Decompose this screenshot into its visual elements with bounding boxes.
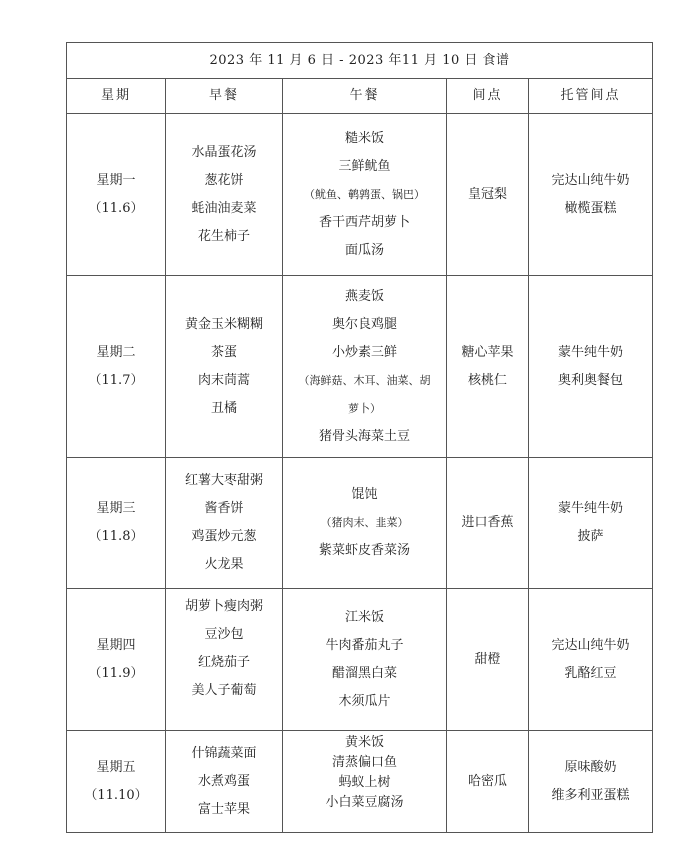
header-day: 星期 (67, 79, 166, 114)
care-snack-cell: 完达山纯牛奶 乳酪红豆 (529, 589, 653, 731)
care-snack-item: 完达山纯牛奶 (529, 632, 652, 660)
lunch-item: 牛肉番茄丸子 (283, 632, 446, 660)
care-snack-item: 奥利奥餐包 (529, 367, 652, 395)
breakfast-item: 红薯大枣甜粥 (166, 467, 282, 495)
breakfast-cell: 什锦蔬菜面 水煮鸡蛋 富士苹果 (166, 731, 283, 833)
care-snack-cell: 蒙牛纯牛奶 奥利奥餐包 (529, 276, 653, 458)
breakfast-item: 葱花饼 (166, 167, 282, 195)
care-snack-item: 橄榄蛋糕 (529, 195, 652, 223)
lunch-item-note: （鱿鱼、鹌鹑蛋、锅巴） (283, 181, 446, 209)
snack-cell: 皇冠梨 (447, 114, 529, 276)
care-snack-cell: 完达山纯牛奶 橄榄蛋糕 (529, 114, 653, 276)
day-name: 星期二 (67, 339, 165, 367)
menu-title: 2023 年 11 月 6 日 - 2023 年11 月 10 日 食谱 (67, 43, 653, 79)
day-date: （11.10） (67, 782, 165, 810)
lunch-item: 猪骨头海菜土豆 (283, 423, 446, 451)
care-snack-item: 乳酪红豆 (529, 660, 652, 688)
breakfast-cell: 黄金玉米糊糊 茶蛋 肉末茼蒿 丑橘 (166, 276, 283, 458)
lunch-item: 面瓜汤 (283, 237, 446, 265)
header-snack: 间点 (447, 79, 529, 114)
day-date: （11.9） (67, 660, 165, 688)
breakfast-item: 豆沙包 (166, 621, 282, 649)
care-snack-item: 蒙牛纯牛奶 (529, 495, 652, 523)
day-name: 星期一 (67, 167, 165, 195)
day-name: 星期三 (67, 495, 165, 523)
breakfast-item: 水煮鸡蛋 (166, 768, 282, 796)
breakfast-cell: 胡萝卜瘦肉粥 豆沙包 红烧茄子 美人子葡萄 (166, 589, 283, 731)
lunch-item-note: （猪肉末、韭菜） (283, 509, 446, 537)
breakfast-item: 肉末茼蒿 (166, 367, 282, 395)
day-cell: 星期一 （11.6） (67, 114, 166, 276)
title-row: 2023 年 11 月 6 日 - 2023 年11 月 10 日 食谱 (67, 43, 653, 79)
breakfast-item: 鸡蛋炒元葱 (166, 523, 282, 551)
breakfast-item: 什锦蔬菜面 (166, 740, 282, 768)
day-cell: 星期二 （11.7） (67, 276, 166, 458)
menu-table: 2023 年 11 月 6 日 - 2023 年11 月 10 日 食谱 星期 … (66, 42, 653, 833)
lunch-item: 奥尔良鸡腿 (283, 311, 446, 339)
day-cell: 星期三 （11.8） (67, 458, 166, 589)
snack-item: 皇冠梨 (447, 181, 528, 209)
header-breakfast: 早餐 (166, 79, 283, 114)
snack-cell: 进口香蕉 (447, 458, 529, 589)
breakfast-cell: 红薯大枣甜粥 酱香饼 鸡蛋炒元葱 火龙果 (166, 458, 283, 589)
day-date: （11.8） (67, 523, 165, 551)
breakfast-item: 富士苹果 (166, 796, 282, 824)
day-name: 星期五 (67, 754, 165, 782)
breakfast-item: 酱香饼 (166, 495, 282, 523)
day-date: （11.6） (67, 195, 165, 223)
lunch-cell: 馄饨 （猪肉末、韭菜） 紫菜虾皮香菜汤 (283, 458, 447, 589)
day-row-thursday: 星期四 （11.9） 胡萝卜瘦肉粥 豆沙包 红烧茄子 美人子葡萄 江米饭 牛肉番… (67, 589, 653, 731)
snack-item: 糖心苹果 (447, 339, 528, 367)
header-care-snack: 托管间点 (529, 79, 653, 114)
lunch-item-note: （海鲜菇、木耳、油菜、胡 (283, 367, 446, 395)
lunch-cell: 燕麦饭 奥尔良鸡腿 小炒素三鲜 （海鲜菇、木耳、油菜、胡 萝卜） 猪骨头海菜土豆 (283, 276, 447, 458)
breakfast-item: 黄金玉米糊糊 (166, 311, 282, 339)
snack-item: 甜橙 (447, 646, 528, 674)
breakfast-item: 花生柿子 (166, 223, 282, 251)
snack-cell: 哈密瓜 (447, 731, 529, 833)
lunch-item: 小炒素三鲜 (283, 339, 446, 367)
lunch-item: 江米饭 (283, 604, 446, 632)
care-snack-cell: 蒙牛纯牛奶 披萨 (529, 458, 653, 589)
lunch-item: 蚂蚁上树 (283, 773, 446, 793)
day-row-wednesday: 星期三 （11.8） 红薯大枣甜粥 酱香饼 鸡蛋炒元葱 火龙果 馄饨 （猪肉末、… (67, 458, 653, 589)
breakfast-item: 红烧茄子 (166, 649, 282, 677)
lunch-item: 香干西芹胡萝卜 (283, 209, 446, 237)
lunch-item: 清蒸偏口鱼 (283, 753, 446, 773)
care-snack-item: 蒙牛纯牛奶 (529, 339, 652, 367)
day-cell: 星期五 （11.10） (67, 731, 166, 833)
snack-item: 哈密瓜 (447, 768, 528, 796)
header-row: 星期 早餐 午餐 间点 托管间点 (67, 79, 653, 114)
lunch-item: 三鲜鱿鱼 (283, 153, 446, 181)
lunch-item: 糙米饭 (283, 125, 446, 153)
breakfast-item: 美人子葡萄 (166, 677, 282, 705)
lunch-cell: 黄米饭 清蒸偏口鱼 蚂蚁上树 小白菜豆腐汤 (283, 731, 447, 833)
day-date: （11.7） (67, 367, 165, 395)
lunch-item: 紫菜虾皮香菜汤 (283, 537, 446, 565)
lunch-cell: 江米饭 牛肉番茄丸子 醋溜黑白菜 木须瓜片 (283, 589, 447, 731)
day-row-friday: 星期五 （11.10） 什锦蔬菜面 水煮鸡蛋 富士苹果 黄米饭 清蒸偏口鱼 蚂蚁… (67, 731, 653, 833)
lunch-item: 黄米饭 (283, 733, 446, 753)
day-cell: 星期四 （11.9） (67, 589, 166, 731)
care-snack-item: 维多利亚蛋糕 (529, 782, 652, 810)
lunch-cell: 糙米饭 三鲜鱿鱼 （鱿鱼、鹌鹑蛋、锅巴） 香干西芹胡萝卜 面瓜汤 (283, 114, 447, 276)
lunch-item: 木须瓜片 (283, 688, 446, 716)
header-lunch: 午餐 (283, 79, 447, 114)
day-row-monday: 星期一 （11.6） 水晶蛋花汤 葱花饼 蚝油油麦菜 花生柿子 糙米饭 三鲜鱿鱼… (67, 114, 653, 276)
snack-item: 核桃仁 (447, 367, 528, 395)
care-snack-item: 完达山纯牛奶 (529, 167, 652, 195)
breakfast-item: 水晶蛋花汤 (166, 139, 282, 167)
breakfast-item: 丑橘 (166, 395, 282, 423)
breakfast-item: 蚝油油麦菜 (166, 195, 282, 223)
snack-cell: 甜橙 (447, 589, 529, 731)
day-row-tuesday: 星期二 （11.7） 黄金玉米糊糊 茶蛋 肉末茼蒿 丑橘 燕麦饭 奥尔良鸡腿 小… (67, 276, 653, 458)
lunch-item-note: 萝卜） (283, 395, 446, 423)
care-snack-item: 披萨 (529, 523, 652, 551)
lunch-item: 馄饨 (283, 481, 446, 509)
breakfast-item: 火龙果 (166, 551, 282, 579)
snack-cell: 糖心苹果 核桃仁 (447, 276, 529, 458)
breakfast-cell: 水晶蛋花汤 葱花饼 蚝油油麦菜 花生柿子 (166, 114, 283, 276)
breakfast-item: 胡萝卜瘦肉粥 (166, 593, 282, 621)
care-snack-cell: 原味酸奶 维多利亚蛋糕 (529, 731, 653, 833)
snack-item: 进口香蕉 (447, 509, 528, 537)
lunch-item: 醋溜黑白菜 (283, 660, 446, 688)
care-snack-item: 原味酸奶 (529, 754, 652, 782)
breakfast-item: 茶蛋 (166, 339, 282, 367)
day-name: 星期四 (67, 632, 165, 660)
lunch-item: 小白菜豆腐汤 (283, 793, 446, 813)
lunch-item: 燕麦饭 (283, 283, 446, 311)
